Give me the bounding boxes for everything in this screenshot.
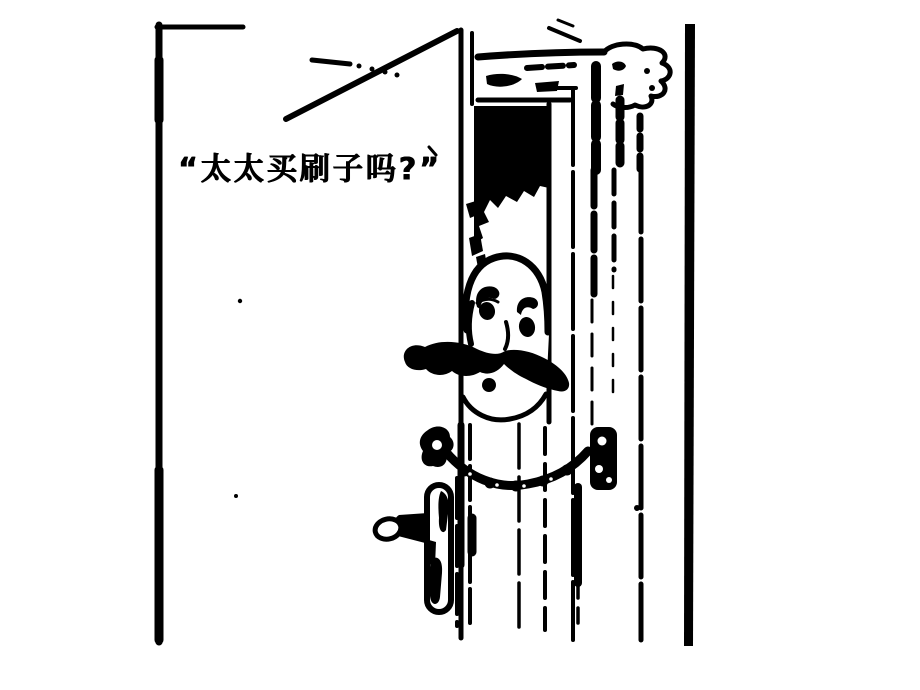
crown-molding-carving (612, 62, 655, 96)
door-top-sketch-dash (312, 60, 350, 64)
frame-speck (634, 505, 640, 511)
cheek-line (469, 303, 472, 344)
door-top-diagonal (286, 31, 457, 119)
lintel-shade (486, 74, 522, 87)
lintel-dash (527, 65, 574, 68)
speck (238, 299, 242, 303)
crown-sketch-line (549, 28, 580, 41)
slide: “太太买刷子吗?” (0, 0, 920, 690)
chain-plate-right (590, 427, 617, 490)
scan-specks (234, 147, 436, 498)
speck-dash (429, 147, 436, 155)
speck (234, 494, 238, 498)
handle-lever-tip (373, 516, 403, 542)
mouth-shadow (482, 378, 496, 392)
crown-sketch-line (558, 20, 573, 26)
door-cartoon-illustration (0, 0, 920, 690)
open-door-top-edge (286, 31, 457, 119)
doorway-opening-shadow (466, 106, 549, 268)
crown-molding-outline (604, 44, 670, 108)
chain-bracket-hole (432, 440, 442, 450)
door-handle (373, 485, 451, 612)
lintel-top-line (478, 52, 604, 57)
picture-left-border (157, 25, 243, 642)
picture-right-border (684, 24, 695, 646)
salesman-face (404, 256, 569, 421)
